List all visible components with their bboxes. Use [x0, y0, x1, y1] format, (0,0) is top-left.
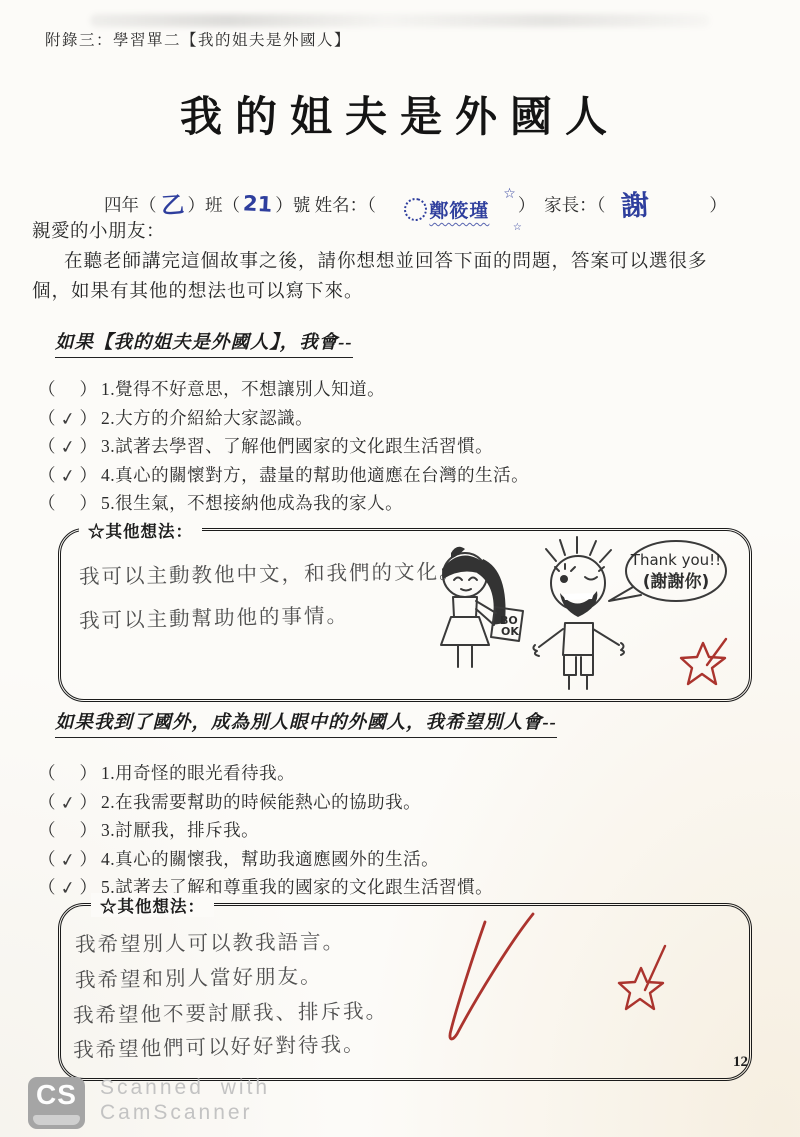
checkbox-mark — [56, 508, 80, 511]
other-ideas-label: ☆其他想法： — [91, 893, 214, 917]
name-doodle-circle-icon — [402, 196, 430, 224]
checkbox-mark: ✓ — [54, 848, 81, 872]
checkbox-mark: ✓ — [54, 464, 81, 488]
book-text-line2: OK — [501, 625, 519, 638]
option-text: 2.在我需要幫助的時候能熱心的協助我。 — [101, 792, 421, 812]
handwritten-answer-line: 我希望別人可以教我語言。 — [75, 925, 345, 958]
checkbox-open-paren: （ — [38, 493, 56, 513]
option-text: 3.討厭我，排斥我。 — [101, 820, 259, 840]
handwritten-answer-line: 我可以主動幫助他的事情。 — [79, 598, 350, 634]
checkbox-open-paren: （ — [38, 820, 56, 840]
checkbox-mark: ✓ — [54, 407, 81, 431]
handwritten-name-stamp: 鄭筱瑾☆☆ — [376, 196, 518, 223]
checkbox-close-paren: ） — [80, 465, 98, 485]
info-name-label: ）號 姓名：（ — [275, 195, 376, 215]
checkbox-mark: ✓ — [54, 791, 81, 815]
other-ideas-box-2: ☆其他想法： 我希望別人可以教我語言。 我希望和別人當好朋友。 我希望他不要討厭… — [58, 903, 752, 1081]
checkbox-close-paren: ） — [80, 436, 98, 456]
checkbox-close-paren: ） — [80, 820, 98, 840]
option-text: 3.試著去學習、了解他們國家的文化跟生活習慣。 — [101, 436, 493, 456]
checkbox-open-paren: （ — [38, 408, 56, 428]
checkbox-close-paren: ） — [80, 379, 98, 399]
checkbox-open-paren: （ — [38, 763, 56, 783]
info-grade-label: 四年（ — [104, 195, 157, 215]
option-text: 4.真心的關懷對方，盡量的幫助他適應在台灣的生活。 — [101, 465, 529, 485]
option-row: （）1.覺得不好意思，不想讓別人知道。 — [38, 376, 385, 401]
handwritten-answer-line: 我希望他不要討厭我、排斥我。 — [73, 994, 388, 1028]
checkbox-open-paren: （ — [38, 436, 56, 456]
checkbox-mark: ✓ — [54, 435, 81, 459]
girl-figure: BO OK — [441, 547, 523, 667]
checkbox-close-paren: ） — [80, 763, 98, 783]
checkbox-close-paren: ） — [80, 493, 98, 513]
parent-signature-area: 謝 — [605, 184, 709, 224]
checkbox-open-paren: （ — [38, 379, 56, 399]
teacher-red-star-mark — [617, 942, 671, 1016]
option-row: （✓）4.真心的關懷我，幫助我適應國外的生活。 — [38, 846, 439, 871]
intro-paragraph-line2: 個，如果有其他的想法也可以寫下來。 — [32, 277, 364, 303]
option-text: 1.覺得不好意思，不想讓別人知道。 — [101, 379, 385, 399]
checkbox-open-paren: （ — [38, 877, 56, 897]
handwritten-parent-signature: 謝 — [620, 183, 650, 224]
info-class-label: ）班（ — [188, 195, 241, 215]
option-row: （✓）4.真心的關懷對方，盡量的幫助他適應在台灣的生活。 — [38, 462, 529, 487]
handwritten-answer-line: 我可以主動教他中文，和我們的文化。 — [79, 554, 462, 589]
student-info-line: 四年（乙）班（21）號 姓名：（鄭筱瑾☆☆） 家長：（謝） — [104, 184, 727, 224]
option-row: （）1.用奇怪的眼光看待我。 — [38, 760, 295, 785]
intro-paragraph-line1: 在聽老師講完這個故事之後，請你想想並回答下面的問題，答案可以選很多 — [64, 247, 708, 273]
page-title: 我的姐夫是外國人 — [0, 84, 800, 144]
scan-smudge-artifact — [90, 14, 710, 27]
option-text: 5.很生氣，不想接納他成為我的家人。 — [101, 493, 403, 513]
speech-bubble: Thank you!! (謝謝你) — [609, 541, 726, 601]
option-row: （✓）2.在我需要幫助的時候能熱心的協助我。 — [38, 789, 421, 814]
watermark-line1: Scanned with — [100, 1076, 270, 1100]
other-ideas-label: ☆其他想法： — [79, 518, 202, 542]
checkbox-close-paren: ） — [80, 849, 98, 869]
name-small-star-icon: ☆ — [513, 222, 522, 233]
checkbox-close-paren: ） — [80, 792, 98, 812]
handwritten-class: 乙 — [159, 186, 184, 221]
watermark-line2: CamScanner — [100, 1101, 253, 1125]
option-text: 1.用奇怪的眼光看待我。 — [101, 763, 295, 783]
option-row: （）3.討厭我，排斥我。 — [38, 817, 259, 842]
handwritten-answer-line: 我希望和別人當好朋友。 — [75, 959, 323, 993]
camscanner-logo-icon: CS — [28, 1077, 85, 1129]
checkbox-mark — [56, 778, 80, 781]
section1-heading: 如果【我的姐夫是外國人】，我會-- — [55, 328, 353, 358]
scanned-worksheet-page: 附錄三：學習單二【我的姐夫是外國人】 我的姐夫是外國人 四年（乙）班（21）號 … — [0, 0, 800, 1137]
name-star-icon: ☆ — [503, 186, 516, 202]
boy-figure — [533, 537, 624, 689]
option-row: （✓）2.大方的介紹給大家認識。 — [38, 405, 313, 430]
page-number: 12 — [733, 1054, 748, 1071]
greeting-line: 親愛的小朋友： — [32, 217, 165, 243]
camscanner-logo-text: CS — [28, 1079, 85, 1111]
info-parent-label: ） 家長：（ — [518, 195, 606, 215]
checkbox-mark: ✓ — [54, 876, 81, 900]
handwritten-name: 鄭筱瑾 — [429, 200, 489, 222]
checkbox-open-paren: （ — [38, 465, 56, 485]
teacher-red-star-mark — [679, 635, 731, 691]
section2-heading: 如果我到了國外，成為別人眼中的外國人，我希望別人會-- — [55, 708, 557, 738]
option-row: （）5.很生氣，不想接納他成為我的家人。 — [38, 490, 403, 515]
checkbox-open-paren: （ — [38, 849, 56, 869]
bubble-text-chinese: (謝謝你) — [643, 571, 710, 592]
checkbox-mark — [56, 394, 80, 397]
handwritten-seat-number: 21 — [242, 191, 272, 216]
checkbox-mark — [56, 835, 80, 838]
checkbox-open-paren: （ — [38, 792, 56, 812]
document-header: 附錄三：學習單二【我的姐夫是外國人】 — [45, 28, 351, 50]
other-ideas-box-1: ☆其他想法： 我可以主動教他中文，和我們的文化。 我可以主動幫助他的事情。 BO — [58, 528, 752, 702]
teacher-red-checkmark — [421, 908, 551, 1058]
option-text: 4.真心的關懷我，幫助我適應國外的生活。 — [101, 849, 439, 869]
info-close-paren: ） — [709, 195, 727, 215]
handwritten-answer-line: 我希望他們可以好好對待我。 — [73, 1027, 366, 1063]
option-text: 2.大方的介紹給大家認識。 — [101, 408, 313, 428]
checkbox-close-paren: ） — [80, 408, 98, 428]
bubble-text-english: Thank you!! — [630, 551, 721, 569]
option-row: （✓）3.試著去學習、了解他們國家的文化跟生活習慣。 — [38, 433, 493, 458]
camscanner-logo-bar — [33, 1115, 80, 1125]
